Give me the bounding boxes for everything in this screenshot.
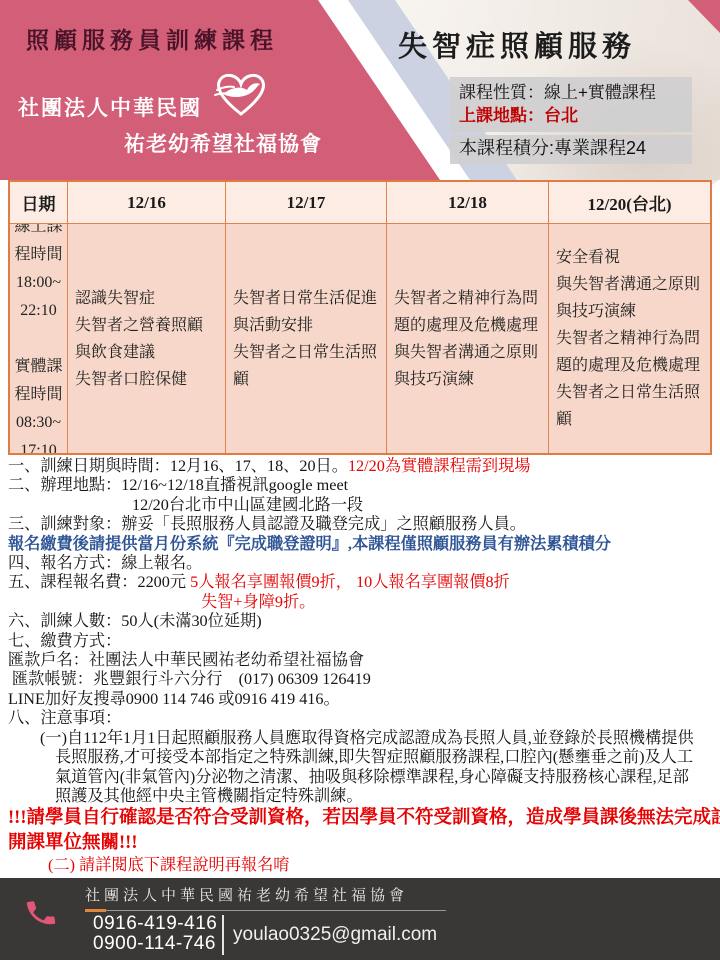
course-title: 失智症照顧服務 bbox=[398, 24, 636, 65]
body-text-segment: 報名繳費後請提供當月份系統『完成職登證明』,本課程僅照顧服務員有辦法累積積分 bbox=[8, 535, 611, 553]
phone-icon bbox=[24, 896, 58, 935]
table-cell-1218: 失智者之精神行為問 題的處理及危機處理 與失智者溝通之原則 與技巧演練 bbox=[387, 224, 549, 453]
footer-phone-1: 0916-419-416 bbox=[93, 914, 217, 934]
body-text-segment: 三、訓練對象：辦妥「長照服務人員認證及職登完成」之照顧服務人員。 bbox=[8, 515, 526, 533]
body-text-segment: 氣道管內(非氣管內)分泌物之清潔、抽吸與移除標準課程,身心障礙支持服務核心課程,… bbox=[55, 768, 689, 786]
footer-underline bbox=[106, 910, 446, 911]
body-text-segment: 長照服務,才可接受本部指定之特殊訓練,即失智症照顧服務課程,口腔內(懸壅垂之前)… bbox=[55, 748, 693, 766]
body-line: 一、訓練日期與時間：12月16、17、18、20日。12/20為實體課程需到現場 bbox=[8, 457, 714, 476]
body-line: 二、辦理地點：12/16~12/18直播視訊google meet bbox=[8, 476, 714, 495]
body-line: 長照服務,才可接受本部指定之特殊訓練,即失智症照顧服務課程,口腔內(懸壅垂之前)… bbox=[8, 748, 714, 767]
table-cell-1220: 安全看視 與失智者溝通之原則 與技巧演練 失智者之精神行為問 題的處理及危機處理… bbox=[549, 224, 710, 453]
table-header-1218: 12/18 bbox=[387, 182, 549, 224]
body-line: 三、訓練對象：辦妥「長照服務人員認證及職登完成」之照顧服務人員。 bbox=[8, 515, 714, 534]
body-text-segment: 八、注意事項： bbox=[8, 709, 121, 727]
footer-phone-2: 0900-114-746 bbox=[93, 934, 217, 954]
body-text-segment: 照護及其他經中央主管機關指定特殊訓練。 bbox=[55, 787, 363, 805]
footer-phone-numbers: 0916-419-416 0900-114-746 bbox=[93, 914, 217, 954]
heart-dove-logo-icon bbox=[205, 70, 271, 131]
course-info-box: 課程性質：線上+實體課程 上課地點：台北 bbox=[450, 77, 692, 132]
body-text: 一、訓練日期與時間：12月16、17、18、20日。12/20為實體課程需到現場… bbox=[8, 457, 714, 876]
body-text-segment: LINE加好友搜尋0900 114 746 或0916 419 416。 bbox=[8, 690, 340, 708]
table-cell-1217: 失智者日常生活促進 與活動安排 失智者之日常生活照 顧 bbox=[226, 224, 387, 453]
body-text-segment: 失智+身障9折。 bbox=[201, 593, 315, 611]
body-line: 12/20台北市中山區建國北路一段 bbox=[8, 496, 714, 515]
body-text-segment: !!!請學員自行確認是否符合受訓資格，若因學員不符受訓資格，造成學員課後無法完成… bbox=[8, 808, 720, 828]
body-line: 六、訓練人數：50人(未滿30位延期) bbox=[8, 612, 714, 631]
body-text-segment: 四、報名方式：線上報名。 bbox=[8, 554, 202, 572]
body-line: 失智+身障9折。 bbox=[8, 593, 714, 612]
body-line: 匯款戶名：社團法人中華民國祐老幼希望社福協會 bbox=[8, 651, 714, 670]
org-name-line2: 祐老幼希望社福協會 bbox=[124, 128, 322, 158]
body-text-segment: (二) 請詳閱底下課程說明再報名唷 bbox=[48, 856, 289, 874]
body-line: 五、課程報名費：2200元 5人報名享團報價9折， 10人報名享團報價8折 bbox=[8, 573, 714, 592]
body-line: (一)自112年1月1日起照顧服務人員應取得資格完成認證成為長照人員,並登錄於長… bbox=[8, 729, 714, 748]
footer-org-name: 社團法人中華民國祐老幼希望社福協會 bbox=[85, 884, 408, 905]
body-line: 四、報名方式：線上報名。 bbox=[8, 554, 714, 573]
body-line: (二) 請詳閱底下課程說明再報名唷 bbox=[8, 856, 714, 875]
body-text-segment: 12/20為實體課程需到現場 bbox=[348, 457, 531, 475]
program-title: 照顧服務員訓練課程 bbox=[26, 22, 278, 55]
table-cell-1216: 認識失智症 失智者之營養照顧 與飲食建議 失智者口腔保健 bbox=[68, 224, 226, 453]
table-header-1216: 12/16 bbox=[68, 182, 226, 224]
flyer-page: 照顧服務員訓練課程 社團法人中華民國 祐老幼希望社福協會 失智症照顧服務 課程性… bbox=[0, 0, 720, 960]
table-header-date: 日期 bbox=[10, 182, 68, 224]
body-text-segment: 匯款戶名：社團法人中華民國祐老幼希望社福協會 bbox=[8, 651, 364, 669]
table-cell-times: 線上課 程時間 18:00~ 22:10 實體課 程時間 08:30~ 17:1… bbox=[10, 224, 68, 453]
footer-email: youlao0325@gmail.com bbox=[233, 924, 437, 946]
footer-divider bbox=[222, 915, 224, 955]
course-credit: 本課程積分:專業課程24 bbox=[459, 137, 683, 160]
footer-bar: 社團法人中華民國祐老幼希望社福協會 0916-419-416 0900-114-… bbox=[0, 878, 720, 960]
table-header-1217: 12/17 bbox=[226, 182, 387, 224]
body-line: !!!請學員自行確認是否符合受訓資格，若因學員不符受訓資格，造成學員課後無法完成… bbox=[8, 806, 714, 831]
body-text-segment: 匯款帳號：兆豐銀行斗六分行 (017) 06309 126419 bbox=[12, 670, 371, 688]
footer-underline-accent bbox=[85, 909, 106, 912]
body-line: LINE加好友搜尋0900 114 746 或0916 419 416。 bbox=[8, 690, 714, 709]
body-text-segment: (一)自112年1月1日起照顧服務人員應取得資格完成認證成為長照人員,並登錄於長… bbox=[40, 729, 694, 747]
body-line: 照護及其他經中央主管機關指定特殊訓練。 bbox=[8, 787, 714, 806]
body-text-segment: 一、訓練日期與時間：12月16、17、18、20日。 bbox=[8, 457, 348, 475]
org-name-line1: 社團法人中華民國 bbox=[18, 92, 202, 122]
course-credit-box: 本課程積分:專業課程24 bbox=[450, 135, 692, 164]
body-text-segment: 五、課程報名費：2200元 bbox=[8, 573, 190, 591]
body-text-segment: 七、繳費方式： bbox=[8, 632, 121, 650]
body-text-segment: 開課單位無關!!! bbox=[8, 833, 137, 853]
schedule-table: 日期 12/16 12/17 12/18 12/20(台北) 線上課 程時間 1… bbox=[8, 180, 712, 455]
body-line: 開課單位無關!!! bbox=[8, 831, 714, 856]
body-text-segment: 二、辦理地點：12/16~12/18直播視訊google meet bbox=[8, 476, 348, 494]
body-line: 八、注意事項： bbox=[8, 709, 714, 728]
body-text-segment: 12/20台北市中山區建國北路一段 bbox=[132, 496, 363, 514]
course-location: 上課地點：台北 bbox=[459, 104, 683, 127]
table-header-1220: 12/20(台北) bbox=[549, 182, 710, 224]
body-text-segment: 六、訓練人數：50人(未滿30位延期) bbox=[8, 612, 262, 630]
body-text-segment: 5人報名享團報價9折， 10人報名享團報價8折 bbox=[190, 573, 510, 591]
body-line: 七、繳費方式： bbox=[8, 632, 714, 651]
header-banner: 照顧服務員訓練課程 社團法人中華民國 祐老幼希望社福協會 失智症照顧服務 課程性… bbox=[0, 0, 720, 180]
course-nature: 課程性質：線上+實體課程 bbox=[459, 81, 683, 104]
body-line: 報名繳費後請提供當月份系統『完成職登證明』,本課程僅照顧服務員有辦法累積積分 bbox=[8, 535, 714, 554]
body-line: 匯款帳號：兆豐銀行斗六分行 (017) 06309 126419 bbox=[8, 670, 714, 689]
body-line: 氣道管內(非氣管內)分泌物之清潔、抽吸與移除標準課程,身心障礙支持服務核心課程,… bbox=[8, 768, 714, 787]
